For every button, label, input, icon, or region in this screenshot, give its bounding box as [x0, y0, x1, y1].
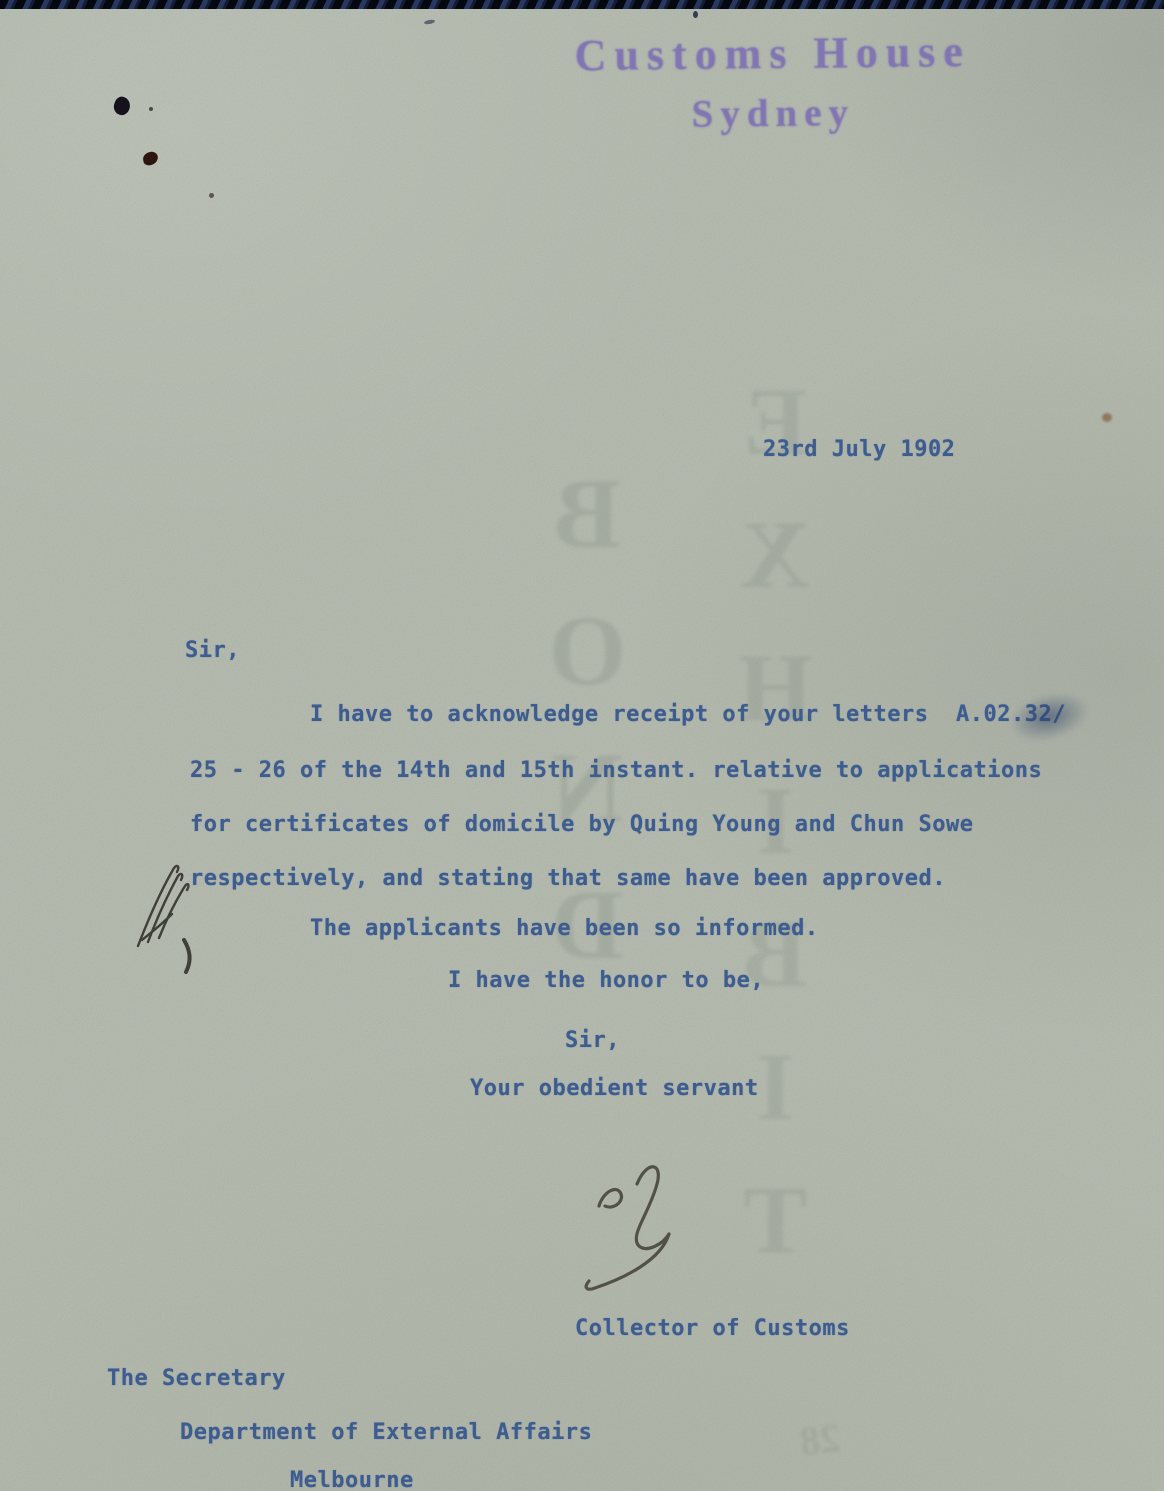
customs-house-stamp: Customs House Sydney [557, 26, 988, 138]
body-line-4: respectively, and stating that same have… [190, 866, 946, 891]
margin-initials-mark [128, 850, 223, 975]
closing-line-1: I have the honor to be, [448, 968, 764, 993]
paper-stain [1102, 413, 1112, 422]
ink-smudge-over-reference [1004, 685, 1095, 749]
scan-edge-top [0, 0, 1164, 9]
ink-speck [111, 95, 133, 118]
ink-speck [142, 151, 159, 167]
ghost-number: 28 [798, 1414, 843, 1465]
stamp-line-1: Customs House [557, 26, 988, 82]
closing-line-2: Sir, [565, 1028, 620, 1053]
signature-title: Collector of Customs [575, 1316, 850, 1341]
body-line-5: The applicants have been so informed. [310, 916, 819, 941]
body-line-1: I have to acknowledge receipt of your le… [310, 702, 1066, 727]
body-line-3: for certificates of domicile by Quing Yo… [190, 812, 973, 837]
ink-speck [693, 11, 698, 18]
handwritten-signature [565, 1140, 705, 1300]
recipient-line-3: Melbourne [290, 1468, 414, 1491]
recipient-line-1: The Secretary [107, 1366, 286, 1391]
stamp-line-2: Sydney [558, 89, 988, 139]
ink-speck [424, 19, 436, 25]
ink-speck [149, 107, 153, 111]
closing-line-3: Your obedient servant [470, 1076, 759, 1101]
ink-speck [209, 193, 214, 198]
letter-page: BOND EXHIBIT 28 Customs House Sydney 23r… [0, 0, 1164, 1491]
date-line: 23rd July 1902 [763, 437, 955, 462]
recipient-line-2: Department of External Affairs [180, 1420, 592, 1445]
body-line-1-text: I have to acknowledge receipt of your le… [310, 702, 956, 727]
salutation: Sir, [185, 638, 240, 663]
body-line-2: 25 - 26 of the 14th and 15th instant. re… [190, 758, 1042, 783]
